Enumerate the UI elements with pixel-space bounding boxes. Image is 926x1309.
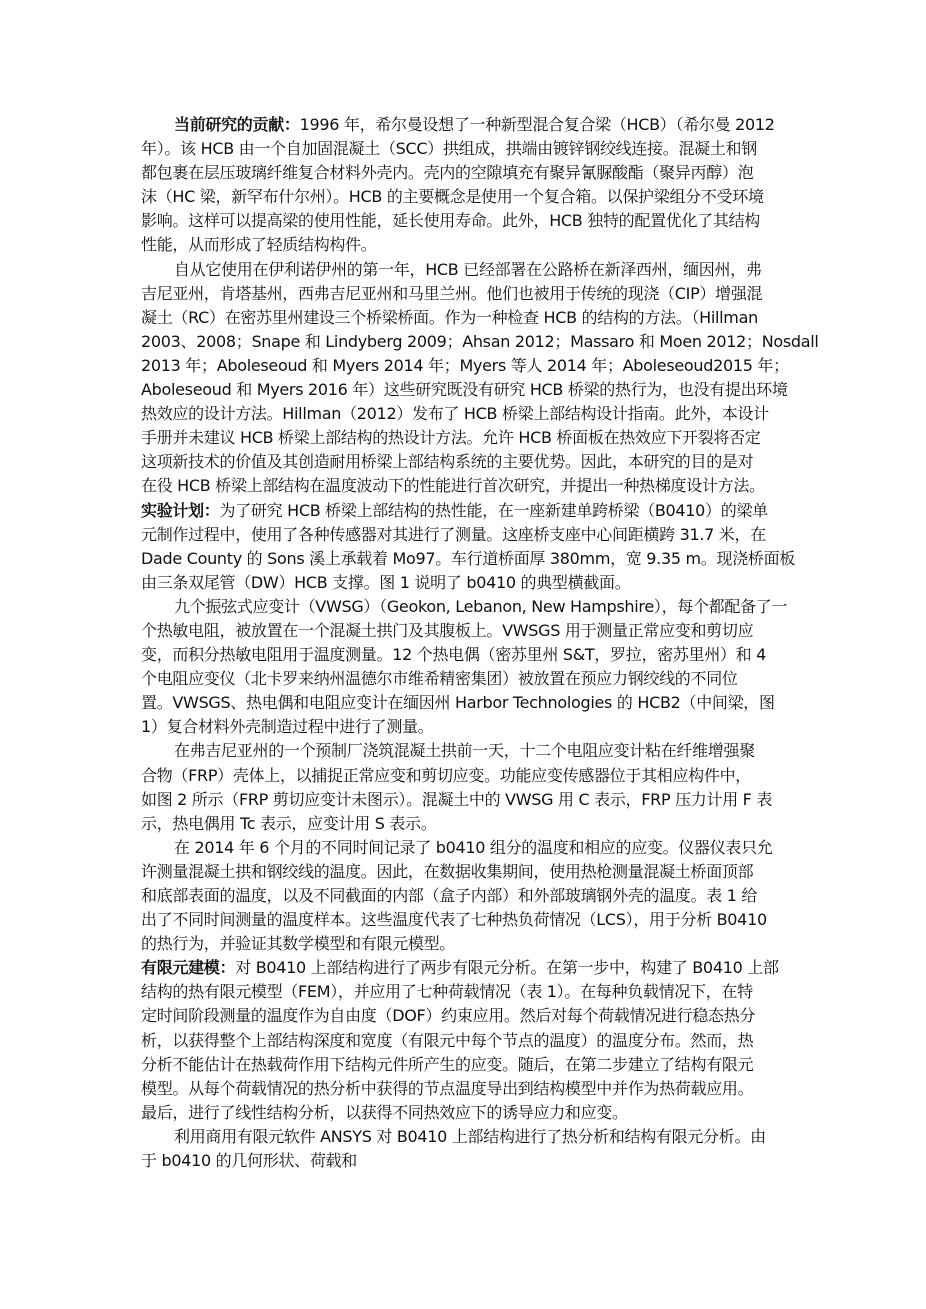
- text-line: 热效应的设计方法。Hillman（2012）发布了 HCB 桥梁上部结构设计指南…: [141, 402, 785, 426]
- paragraph-vwsg: 九个振弦式应变计（VWSG）（Geokon, Lebanon, New Hamp…: [141, 595, 785, 740]
- text-line: 和底部表面的温度，以及不同截面的内部（盒子内部）和外部玻璃钢外壳的温度。表 1 …: [141, 884, 785, 908]
- text-line: 2003、2008；Snape 和 Lindyberg 2009；Ahsan 2…: [141, 330, 785, 354]
- paragraph-measurements: 在 2014 年 6 个月的不同时间记录了 b0410 组分的温度和相应的应变。…: [141, 836, 785, 956]
- text-line: 置。VWSGS、热电偶和电阻应变计在缅因州 Harbor Technologie…: [141, 691, 785, 715]
- text-line: 1）复合材料外壳制造过程中进行了测量。: [141, 715, 785, 739]
- paragraph-background: 自从它使用在伊利诺伊州的第一年，HCB 已经部署在公路桥在新泽西州，缅因州，弗 …: [141, 258, 785, 499]
- text-line: 自从它使用在伊利诺伊州的第一年，HCB 已经部署在公路桥在新泽西州，缅因州，弗: [141, 258, 785, 282]
- text-line: 利用商用有限元软件 ANSYS 对 B0410 上部结构进行了热分析和结构有限元…: [141, 1125, 785, 1149]
- text-line: 影响。这样可以提高梁的使用性能，延长使用寿命。此外，HCB 独特的配置优化了其结…: [141, 209, 785, 233]
- paragraph-frp-gauges: 在弗吉尼亚州的一个预制厂浇筑混凝土拱前一天，十二个电阻应变计粘在纤维增强聚 合物…: [141, 739, 785, 835]
- text-line: 有限元建模：对 B0410 上部结构进行了两步有限元分析。在第一步中，构建了 B…: [141, 956, 785, 980]
- text-line: 的热行为，并验证其数学模型和有限元模型。: [141, 932, 785, 956]
- text-line: 由三条双尾管（DW）HCB 支撑。图 1 说明了 b0410 的典型横截面。: [141, 571, 785, 595]
- text-line: 许测量混凝土拱和钢绞线的温度。因此，在数据收集期间，使用热枪测量混凝土桥面顶部: [141, 860, 785, 884]
- paragraph-contribution: 当前研究的贡献：1996 年，希尔曼设想了一种新型混合复合梁（HCB）（希尔曼 …: [141, 113, 785, 258]
- text-line: 凝土（RC）在密苏里州建设三个桥梁桥面。作为一种检查 HCB 的结构的方法。（H…: [141, 306, 785, 330]
- text-line: 都包裹在层压玻璃纤维复合材料外壳内。壳内的空隙填充有聚异氰脲酸酯（聚异丙醇）泡: [141, 161, 785, 185]
- text-line: 分析不能估计在热载荷作用下结构元件所产生的应变。随后，在第二步建立了结构有限元: [141, 1053, 785, 1077]
- text-line: 个热敏电阻，被放置在一个混凝土拱门及其腹板上。VWSGS 用于测量正常应变和剪切…: [141, 619, 785, 643]
- paragraph-ansys: 利用商用有限元软件 ANSYS 对 B0410 上部结构进行了热分析和结构有限元…: [141, 1125, 785, 1173]
- text-line: 九个振弦式应变计（VWSG）（Geokon, Lebanon, New Hamp…: [141, 595, 785, 619]
- text-line: 结构的热有限元模型（FEM），并应用了七种荷载情况（表 1）。在每种负载情况下，…: [141, 980, 785, 1004]
- text-line: Aboleseoud 和 Myers 2016 年）这些研究既没有研究 HCB …: [141, 378, 785, 402]
- text-line: 出了不同时间测量的温度样本。这些温度代表了七种热负荷情况（LCS），用于分析 B…: [141, 908, 785, 932]
- text-line: 年）。该 HCB 由一个自加固混凝土（SCC）拱组成，拱端由镀锌钢绞线连接。混凝…: [141, 137, 785, 161]
- section-heading: 有限元建模：: [141, 958, 235, 977]
- text-line: 2013 年；Aboleseoud 和 Myers 2014 年；Myers 等…: [141, 354, 785, 378]
- paragraph-fem: 有限元建模：对 B0410 上部结构进行了两步有限元分析。在第一步中，构建了 B…: [141, 956, 785, 1125]
- text-line: 吉尼亚州，肯塔基州，西弗吉尼亚州和马里兰州。他们也被用于传统的现浇（CIP）增强…: [141, 282, 785, 306]
- text-line: 在役 HCB 桥梁上部结构在温度波动下的性能进行首次研究，并提出一种热梯度设计方…: [141, 474, 785, 498]
- text-line: 个电阻应变仪（北卡罗来纳州温德尔市维希精密集团）被放置在预应力钢绞线的不同位: [141, 667, 785, 691]
- line-text: 1996 年，希尔曼设想了一种新型混合复合梁（HCB）（希尔曼 2012: [300, 115, 775, 134]
- text-line: 如图 2 所示（FRP 剪切应变计未图示）。混凝土中的 VWSG 用 C 表示，…: [141, 788, 785, 812]
- text-line: 当前研究的贡献：1996 年，希尔曼设想了一种新型混合复合梁（HCB）（希尔曼 …: [141, 113, 785, 137]
- text-line: 定时间阶段测量的温度作为自由度（DOF）约束应用。然后对每个荷载情况进行稳态热分: [141, 1004, 785, 1028]
- text-line: 最后，进行了线性结构分析，以获得不同热效应下的诱导应力和应变。: [141, 1101, 785, 1125]
- text-line: 示，热电偶用 Tc 表示，应变计用 S 表示。: [141, 812, 785, 836]
- text-line: 实验计划：为了研究 HCB 桥梁上部结构的热性能，在一座新建单跨桥梁（B0410…: [141, 499, 785, 523]
- text-line: 沫（HC 梁，新罕布什尔州）。HCB 的主要概念是使用一个复合箱。以保护梁组分不…: [141, 185, 785, 209]
- section-heading: 当前研究的贡献：: [174, 115, 300, 134]
- line-text: 为了研究 HCB 桥梁上部结构的热性能，在一座新建单跨桥梁（B0410）的梁单: [220, 501, 768, 520]
- text-line: 模型。从每个荷载情况的热分析中获得的节点温度导出到结构模型中并作为热荷载应用。: [141, 1077, 785, 1101]
- text-line: 在弗吉尼亚州的一个预制厂浇筑混凝土拱前一天，十二个电阻应变计粘在纤维增强聚: [141, 739, 785, 763]
- paragraph-experimental-plan: 实验计划：为了研究 HCB 桥梁上部结构的热性能，在一座新建单跨桥梁（B0410…: [141, 499, 785, 595]
- document-page: 当前研究的贡献：1996 年，希尔曼设想了一种新型混合复合梁（HCB）（希尔曼 …: [141, 113, 785, 1173]
- text-line: 变，而积分热敏电阻用于温度测量。12 个热电偶（密苏里州 S&T，罗拉，密苏里州…: [141, 643, 785, 667]
- text-line: 性能，从而形成了轻质结构构件。: [141, 233, 785, 257]
- text-line: 手册并未建议 HCB 桥梁上部结构的热设计方法。允许 HCB 桥面板在热效应下开…: [141, 426, 785, 450]
- line-text: 对 B0410 上部结构进行了两步有限元分析。在第一步中，构建了 B0410 上…: [235, 958, 778, 977]
- section-heading: 实验计划：: [141, 501, 220, 520]
- text-line: 在 2014 年 6 个月的不同时间记录了 b0410 组分的温度和相应的应变。…: [141, 836, 785, 860]
- text-line: 这项新技术的价值及其创造耐用桥梁上部结构系统的主要优势。因此，本研究的目的是对: [141, 450, 785, 474]
- text-line: 元制作过程中，使用了各种传感器对其进行了测量。这座桥支座中心间距横跨 31.7 …: [141, 523, 785, 547]
- text-line: 于 b0410 的几何形状、荷载和: [141, 1149, 785, 1173]
- text-line: 合物（FRP）壳体上，以捕捉正常应变和剪切应变。功能应变传感器位于其相应构件中，: [141, 764, 785, 788]
- text-line: Dade County 的 Sons 溪上承载着 Mo97。车行道桥面厚 380…: [141, 547, 785, 571]
- text-line: 析，以获得整个上部结构深度和宽度（有限元中每个节点的温度）的温度分布。然而，热: [141, 1029, 785, 1053]
